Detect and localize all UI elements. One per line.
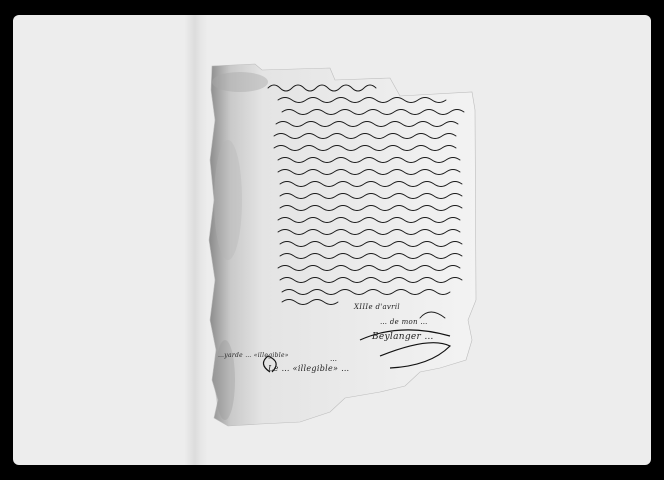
final-line: Le … «illegible» … <box>268 364 349 373</box>
margin-note: …yarde … «illegible» <box>218 352 289 359</box>
date-line: XIIIe d'avril <box>354 303 400 311</box>
signature-secondary: … <box>330 355 337 363</box>
manuscript-page <box>0 0 664 480</box>
signature-main: Beylanger … <box>372 332 434 342</box>
closing-line: … de mon … <box>380 318 428 326</box>
